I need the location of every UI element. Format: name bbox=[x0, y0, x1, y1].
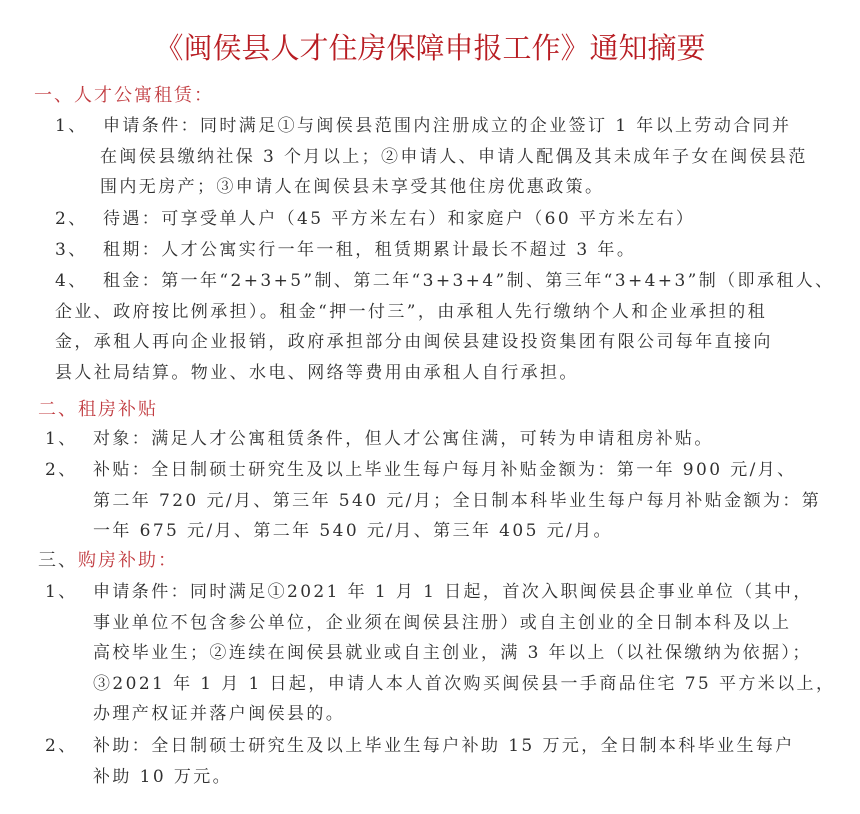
item-text-line: 申请条件：同时满足①2021 年 1 月 1 日起，首次入职闽侯县企事业单位（其… bbox=[93, 577, 855, 608]
section-heading-home-purchase-subsidy: 三、购房补助： bbox=[38, 549, 178, 573]
item-number: 3、 bbox=[55, 235, 88, 266]
item-text-line: 金，承租人再向企业报销，政府承担部分由闽侯县建设投资集团有限公司每年直接向 bbox=[55, 327, 855, 358]
item-text-line: 事业单位不包含参公单位，企业须在闽侯县注册）或自主创业的全日制本科及以上 bbox=[93, 608, 855, 639]
list-item: 2、 待遇：可享受单人户（45 平方米左右）和家庭户（60 平方米左右） bbox=[55, 204, 855, 235]
item-text-line: 补助 10 万元。 bbox=[93, 762, 855, 793]
section-label: 租房补贴 bbox=[78, 399, 158, 420]
list-item: 4、 租金：第一年“2+3+5”制、第二年“3+3+4”制、第三年“3+4+3”… bbox=[55, 266, 855, 388]
section-number: 二、 bbox=[38, 399, 78, 420]
list-item: 3、 租期：人才公寓实行一年一租，租赁期累计最长不超过 3 年。 bbox=[55, 235, 855, 266]
item-text-line: 办理产权证并落户闽侯县的。 bbox=[93, 699, 855, 730]
item-text-line: 租金：第一年“2+3+5”制、第二年“3+3+4”制、第三年“3+4+3”制（即… bbox=[103, 266, 855, 297]
item-number: 2、 bbox=[45, 455, 78, 486]
item-number: 2、 bbox=[45, 731, 78, 762]
item-text-line: 县人社局结算。物业、水电、网络等费用由承租人自行承担。 bbox=[55, 358, 855, 389]
item-text-line: 在闽侯县缴纳社保 3 个月以上；②申请人、申请人配偶及其未成年子女在闽侯县范 bbox=[100, 142, 855, 173]
list-item: 2、 补贴：全日制硕士研究生及以上毕业生每户每月补贴金额为：第一年 900 元/… bbox=[45, 455, 855, 547]
section-heading-rental-subsidy: 二、租房补贴 bbox=[38, 398, 158, 422]
item-text-line: 补助：全日制硕士研究生及以上毕业生每户补助 15 万元，全日制本科毕业生每户 bbox=[93, 731, 855, 762]
item-text-line: 企业、政府按比例承担）。租金“押一付三”，由承租人先行缴纳个人和企业承担的租 bbox=[55, 297, 855, 328]
item-number: 2、 bbox=[55, 204, 88, 235]
item-text-line: ③2021 年 1 月 1 日起，申请人本人首次购买闽侯县一手商品住宅 75 平… bbox=[93, 669, 855, 700]
item-text-line: 待遇：可享受单人户（45 平方米左右）和家庭户（60 平方米左右） bbox=[103, 204, 855, 235]
section-number: 三、 bbox=[38, 550, 78, 571]
section-label: 人才公寓租赁： bbox=[74, 85, 214, 106]
section-label: 购房补助： bbox=[78, 550, 178, 571]
section-number: 一、 bbox=[34, 85, 74, 106]
item-text-line: 对象：满足人才公寓租赁条件，但人才公寓住满，可转为申请租房补贴。 bbox=[93, 424, 855, 455]
page-title: 《闽侯县人才住房保障申报工作》通知摘要 bbox=[0, 30, 860, 66]
item-text-line: 一年 675 元/月、第二年 540 元/月、第三年 405 元/月。 bbox=[93, 516, 855, 547]
list-item: 1、 申请条件：同时满足①2021 年 1 月 1 日起，首次入职闽侯县企事业单… bbox=[45, 577, 855, 730]
item-number: 1、 bbox=[45, 424, 78, 455]
item-text-line: 补贴：全日制硕士研究生及以上毕业生每户每月补贴金额为：第一年 900 元/月、 bbox=[93, 455, 855, 486]
item-text-line: 申请条件：同时满足①与闽侯县范围内注册成立的企业签订 1 年以上劳动合同并 bbox=[103, 111, 855, 142]
list-item: 1、 申请条件：同时满足①与闽侯县范围内注册成立的企业签订 1 年以上劳动合同并… bbox=[55, 111, 855, 203]
list-item: 1、 对象：满足人才公寓租赁条件，但人才公寓住满，可转为申请租房补贴。 bbox=[45, 424, 855, 455]
list-item: 2、 补助：全日制硕士研究生及以上毕业生每户补助 15 万元，全日制本科毕业生每… bbox=[45, 731, 855, 792]
item-number: 1、 bbox=[45, 577, 78, 608]
item-text-line: 第二年 720 元/月、第三年 540 元/月；全日制本科毕业生每户每月补贴金额… bbox=[93, 486, 855, 517]
item-text-line: 高校毕业生；②连续在闽侯县就业或自主创业，满 3 年以上（以社保缴纳为依据）； bbox=[93, 638, 855, 669]
item-number: 1、 bbox=[55, 111, 88, 142]
item-number: 4、 bbox=[55, 266, 88, 297]
item-text-line: 围内无房产；③申请人在闽侯县未享受其他住房优惠政策。 bbox=[100, 172, 855, 203]
item-text-line: 租期：人才公寓实行一年一租，租赁期累计最长不超过 3 年。 bbox=[103, 235, 855, 266]
section-heading-apartment-rental: 一、人才公寓租赁： bbox=[34, 84, 214, 108]
